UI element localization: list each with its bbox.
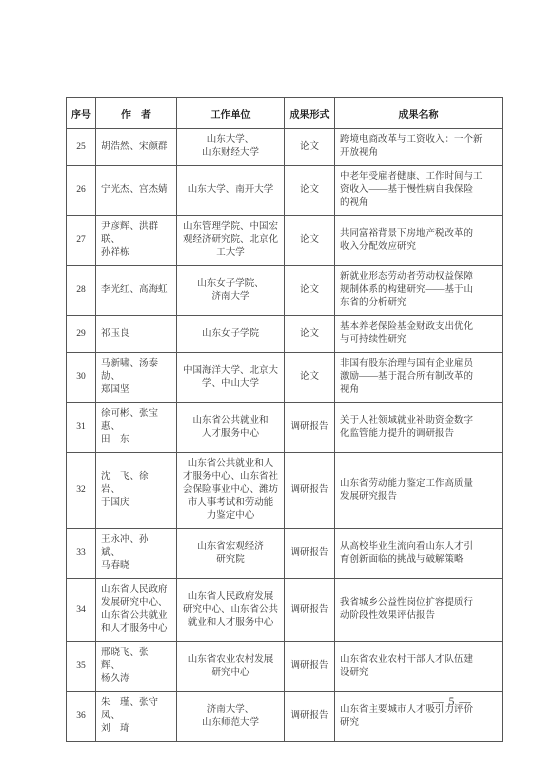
cell-result-title: 山东省劳动能力鉴定工作高质量 发展研究报告 bbox=[335, 453, 503, 529]
cell-authors: 祁玉良 bbox=[96, 316, 177, 353]
cell-result-form: 论文 bbox=[285, 353, 335, 403]
cell-work-unit: 中国海洋大学、北京大 学、中山大学 bbox=[177, 353, 285, 403]
cell-authors: 李光红、高海虹 bbox=[96, 266, 177, 316]
table-row: 30马新啸、汤泰劼、 郑国坚中国海洋大学、北京大 学、中山大学论文非国有股东治理… bbox=[67, 353, 503, 403]
cell-result-form: 论文 bbox=[285, 316, 335, 353]
cell-serial-number: 25 bbox=[67, 129, 96, 166]
cell-work-unit: 山东省宏观经济 研究院 bbox=[177, 529, 285, 579]
cell-result-form: 论文 bbox=[285, 216, 335, 266]
cell-authors: 宁光杰、宫杰婧 bbox=[96, 166, 177, 216]
cell-authors: 山东省人民政府 发展研究中心、 山东省公共就业 和人才服务中心 bbox=[96, 579, 177, 642]
cell-work-unit: 山东管理学院、中国宏 观经济研究院、北京化 工大学 bbox=[177, 216, 285, 266]
cell-result-form: 调研报告 bbox=[285, 403, 335, 453]
cell-work-unit: 山东省人民政府发展 研究中心、山东省公共 就业和人才服务中心 bbox=[177, 579, 285, 642]
cell-serial-number: 28 bbox=[67, 266, 96, 316]
table-row: 27尹彦辉、洪群联、 孙祥栋山东管理学院、中国宏 观经济研究院、北京化 工大学论… bbox=[67, 216, 503, 266]
col-header-author: 作 者 bbox=[96, 98, 177, 129]
table-row: 35邢晓飞、张 辉、 杨久涛山东省农业农村发展 研究中心调研报告山东省农业农村干… bbox=[67, 642, 503, 692]
cell-serial-number: 30 bbox=[67, 353, 96, 403]
cell-result-title: 关于人社领域就业补助资金数字 化监管能力提升的调研报告 bbox=[335, 403, 503, 453]
table-row: 32沈 飞、徐 岩、 于国庆山东省公共就业和人 才服务中心、山东省社 会保险事业… bbox=[67, 453, 503, 529]
cell-result-title: 新就业形态劳动者劳动权益保障 规制体系的构建研究——基于山 东省的分析研究 bbox=[335, 266, 503, 316]
results-table: 序号 作 者 工作单位 成果形式 成果名称 25胡浩然、宋颜群山东大学、 山东财… bbox=[66, 97, 503, 742]
cell-result-title: 我省城乡公益性岗位扩容提质行 动阶段性效果评估报告 bbox=[335, 579, 503, 642]
cell-serial-number: 34 bbox=[67, 579, 96, 642]
cell-serial-number: 31 bbox=[67, 403, 96, 453]
table-row: 29祁玉良山东女子学院论文基本养老保险基金财政支出优化 与可持续性研究 bbox=[67, 316, 503, 353]
table-row: 31徐可彬、张宝惠、 田 东山东省公共就业和 人才服务中心调研报告关于人社领域就… bbox=[67, 403, 503, 453]
cell-serial-number: 26 bbox=[67, 166, 96, 216]
cell-result-form: 调研报告 bbox=[285, 692, 335, 742]
cell-authors: 沈 飞、徐 岩、 于国庆 bbox=[96, 453, 177, 529]
cell-authors: 王永冲、孙 斌、 马春晓 bbox=[96, 529, 177, 579]
cell-result-form: 调研报告 bbox=[285, 453, 335, 529]
cell-authors: 朱 瑾、张守凤、 刘 琦 bbox=[96, 692, 177, 742]
cell-result-title: 基本养老保险基金财政支出优化 与可持续性研究 bbox=[335, 316, 503, 353]
table-header-row: 序号 作 者 工作单位 成果形式 成果名称 bbox=[67, 98, 503, 129]
cell-authors: 马新啸、汤泰劼、 郑国坚 bbox=[96, 353, 177, 403]
table-row: 28李光红、高海虹山东女子学院、 济南大学论文新就业形态劳动者劳动权益保障 规制… bbox=[67, 266, 503, 316]
cell-result-title: 非国有股东治理与国有企业雇员 激励——基于混合所有制改革的 视角 bbox=[335, 353, 503, 403]
cell-serial-number: 35 bbox=[67, 642, 96, 692]
cell-result-title: 中老年受雇者健康、工作时间与工 资收入——基于慢性病自我保险 的视角 bbox=[335, 166, 503, 216]
cell-authors: 邢晓飞、张 辉、 杨久涛 bbox=[96, 642, 177, 692]
cell-result-title: 山东省农业农村干部人才队伍建 设研究 bbox=[335, 642, 503, 692]
cell-result-title: 从高校毕业生流向看山东人才引 育创新面临的挑战与破解策略 bbox=[335, 529, 503, 579]
cell-serial-number: 27 bbox=[67, 216, 96, 266]
cell-result-title: 共同富裕背景下房地产税改革的 收入分配效应研究 bbox=[335, 216, 503, 266]
cell-serial-number: 32 bbox=[67, 453, 96, 529]
cell-authors: 尹彦辉、洪群联、 孙祥栋 bbox=[96, 216, 177, 266]
cell-result-form: 论文 bbox=[285, 266, 335, 316]
cell-serial-number: 29 bbox=[67, 316, 96, 353]
table-body: 25胡浩然、宋颜群山东大学、 山东财经大学论文跨境电商改革与工资收入：一个新 开… bbox=[67, 129, 503, 742]
cell-work-unit: 山东省农业农村发展 研究中心 bbox=[177, 642, 285, 692]
col-header-form: 成果形式 bbox=[285, 98, 335, 129]
cell-work-unit: 山东省公共就业和人 才服务中心、山东省社 会保险事业中心、潍坊 市人事考试和劳动… bbox=[177, 453, 285, 529]
cell-work-unit: 济南大学、 山东师范大学 bbox=[177, 692, 285, 742]
col-header-title: 成果名称 bbox=[335, 98, 503, 129]
cell-serial-number: 33 bbox=[67, 529, 96, 579]
cell-authors: 胡浩然、宋颜群 bbox=[96, 129, 177, 166]
col-header-no: 序号 bbox=[67, 98, 96, 129]
cell-serial-number: 36 bbox=[67, 692, 96, 742]
cell-authors: 徐可彬、张宝惠、 田 东 bbox=[96, 403, 177, 453]
document-page: 序号 作 者 工作单位 成果形式 成果名称 25胡浩然、宋颜群山东大学、 山东财… bbox=[0, 0, 554, 783]
cell-work-unit: 山东女子学院 bbox=[177, 316, 285, 353]
cell-result-title: 跨境电商改革与工资收入：一个新 开放视角 bbox=[335, 129, 503, 166]
table-row: 26宁光杰、宫杰婧山东大学、南开大学论文中老年受雇者健康、工作时间与工 资收入—… bbox=[67, 166, 503, 216]
cell-work-unit: 山东女子学院、 济南大学 bbox=[177, 266, 285, 316]
cell-result-form: 调研报告 bbox=[285, 642, 335, 692]
table-row: 34山东省人民政府 发展研究中心、 山东省公共就业 和人才服务中心山东省人民政府… bbox=[67, 579, 503, 642]
col-header-org: 工作单位 bbox=[177, 98, 285, 129]
page-number: — 5 — bbox=[424, 696, 480, 708]
cell-work-unit: 山东大学、 山东财经大学 bbox=[177, 129, 285, 166]
cell-result-form: 调研报告 bbox=[285, 579, 335, 642]
cell-result-form: 调研报告 bbox=[285, 529, 335, 579]
table-row: 33王永冲、孙 斌、 马春晓山东省宏观经济 研究院调研报告从高校毕业生流向看山东… bbox=[67, 529, 503, 579]
cell-work-unit: 山东省公共就业和 人才服务中心 bbox=[177, 403, 285, 453]
cell-result-form: 论文 bbox=[285, 129, 335, 166]
cell-work-unit: 山东大学、南开大学 bbox=[177, 166, 285, 216]
cell-result-form: 论文 bbox=[285, 166, 335, 216]
table-row: 25胡浩然、宋颜群山东大学、 山东财经大学论文跨境电商改革与工资收入：一个新 开… bbox=[67, 129, 503, 166]
